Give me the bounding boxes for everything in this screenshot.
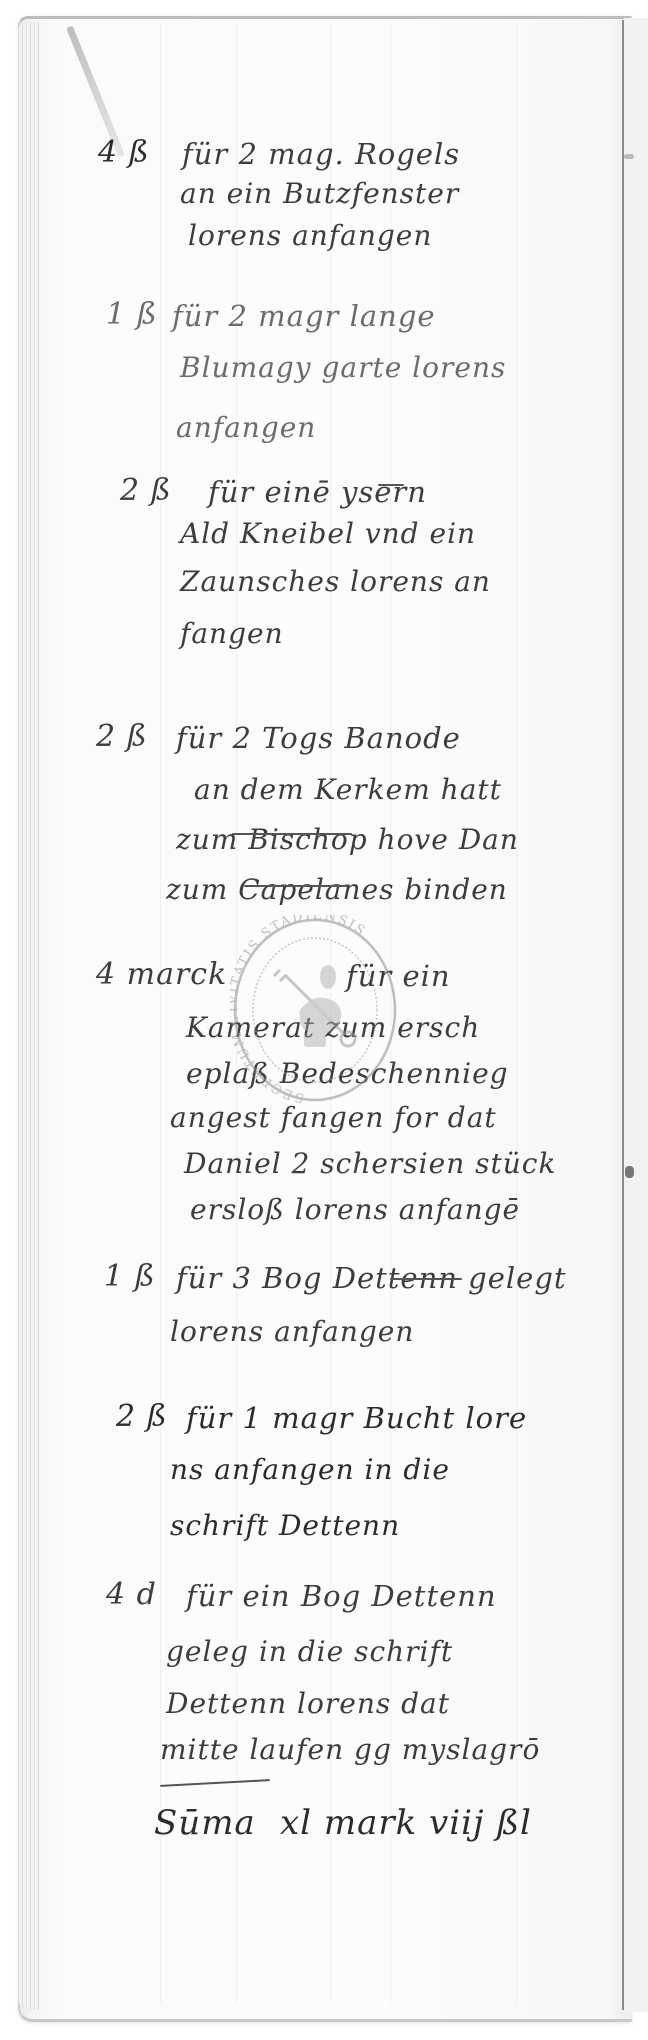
paper-chain-line xyxy=(160,24,161,2004)
entry-line: für 2 magr lange xyxy=(172,302,436,331)
entry-line: für ein Bog Dettenn xyxy=(186,1582,497,1611)
entry-line: Dettenn lorens dat xyxy=(166,1690,450,1718)
entry-amount: 4 marck xyxy=(96,960,227,990)
page-edge-rule xyxy=(622,20,624,2010)
entry-line: für 2 mag. Rogels xyxy=(182,140,460,169)
entry-amount: 1 ß xyxy=(104,1262,156,1292)
entry-line: ns anfangen in die xyxy=(170,1456,450,1484)
total-value: xl mark viij ßl xyxy=(280,1806,532,1840)
entry-line: an dem Kerkem hatt xyxy=(194,776,502,804)
svg-text:SECRETUM CIVITATIS STADIENSIS: SECRETUM CIVITATIS STADIENSIS xyxy=(230,915,369,1105)
entry-line: für einē ysern xyxy=(208,478,427,507)
entry-amount: 2 ß xyxy=(116,1402,168,1432)
seal-text: SECRETUM CIVITATIS STADIENSIS xyxy=(230,915,369,1105)
entry-line: lorens anfangen xyxy=(170,1318,414,1346)
binding-thread-mark xyxy=(624,154,634,159)
total-label: Sūma xyxy=(154,1806,256,1840)
entry-line: ersloß lorens anfangē xyxy=(190,1196,520,1224)
strike-through-mark xyxy=(232,833,352,835)
entry-line: lorens anfangen xyxy=(188,222,432,250)
entry-amount: 2 ß xyxy=(96,722,148,752)
entry-line: angest fangen for dat xyxy=(170,1104,497,1132)
ink-blot-mark xyxy=(625,1166,634,1178)
stacked-page-edges xyxy=(18,22,40,2010)
entry-amount: 1 ß xyxy=(106,300,158,330)
entry-line: schrift Dettenn xyxy=(170,1512,400,1540)
entry-line: für 1 magr Bucht lore xyxy=(186,1404,527,1433)
entry-line: für 3 Bog Dettenn gelegt xyxy=(176,1264,567,1293)
seal-emblem-icon: SECRETUM CIVITATIS STADIENSIS xyxy=(230,915,400,1105)
strike-through-mark xyxy=(244,885,348,887)
entry-amount: 4 d xyxy=(106,1580,157,1610)
entry-line: Daniel 2 schersien stück xyxy=(184,1150,556,1178)
entry-line: Ald Kneibel vnd ein xyxy=(180,520,476,548)
entry-line: anfangen xyxy=(176,414,316,442)
entry-line: mitte laufen gg myslagrō xyxy=(160,1736,540,1764)
entry-line: zum Capelanes binden xyxy=(166,876,508,904)
entry-line: fangen xyxy=(180,620,284,648)
entry-line: Zaunsches lorens an xyxy=(180,568,491,596)
scanned-manuscript: 4 ß für 2 mag. Rogels an ein Butzfenster… xyxy=(0,0,648,2040)
strike-through-mark xyxy=(390,1278,462,1280)
entry-line: an ein Butzfenster xyxy=(180,180,459,208)
entry-amount: 2 ß xyxy=(120,476,172,506)
paper-chain-line xyxy=(516,24,517,2004)
entry-line: geleg in die schrift xyxy=(166,1638,453,1666)
entry-line: zum Bischop hove Dan xyxy=(176,826,519,854)
entry-line: für 2 Togs Banode xyxy=(176,724,461,753)
entry-amount: 4 ß xyxy=(98,138,150,168)
archive-seal-stamp: SECRETUM CIVITATIS STADIENSIS xyxy=(230,915,400,1105)
right-margin-strip xyxy=(624,18,648,2012)
entry-line: Blumagy garte lorens xyxy=(180,354,506,382)
